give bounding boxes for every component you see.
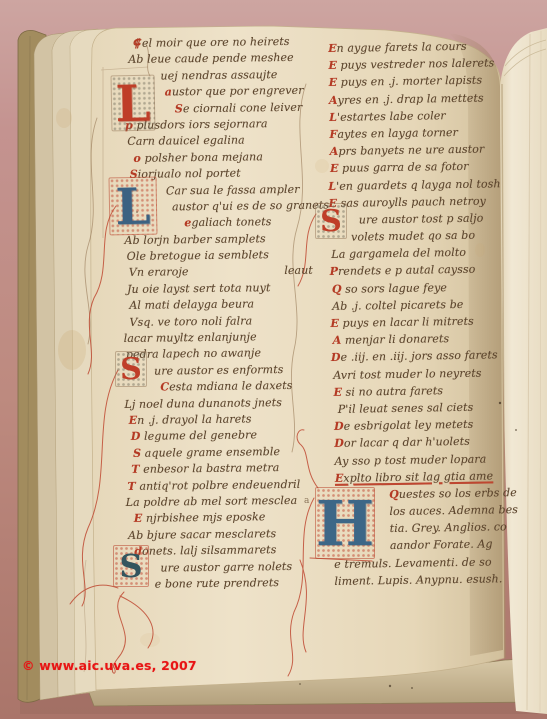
- decorated-initial-red-S: S: [314, 202, 348, 240]
- text-line: e bone rute prendrets: [155, 575, 319, 593]
- rubricated-capital: A: [333, 334, 342, 347]
- manuscript-photograph: ⸿el moir que ore no heiretsAb leue caude…: [0, 0, 547, 719]
- rubricated-capital: E: [330, 162, 339, 175]
- initial-glyph: S: [114, 350, 148, 388]
- rubricated-capital: P: [330, 265, 339, 278]
- rubricated-capital: E: [329, 76, 338, 89]
- decorated-initial-blue-L: L: [107, 176, 158, 237]
- text-line: ure austor es enformts: [154, 361, 316, 379]
- rubricated-capital: D: [334, 420, 344, 433]
- rubricated-capital: Q: [332, 282, 342, 295]
- initial-glyph: H: [314, 486, 376, 560]
- rubricated-capital: o: [133, 151, 141, 164]
- rubricated-capital: E: [328, 59, 337, 72]
- text-line: uej nendras assaujte: [160, 66, 312, 84]
- rubricated-capital: T: [131, 463, 139, 476]
- rubricated-capital: S: [175, 102, 183, 115]
- rubricated-capital: E: [330, 317, 339, 330]
- text-line: tia. Grey. Anglios. co: [390, 518, 522, 537]
- copyright-watermark: © www.aic.uva.es, 2007: [22, 658, 197, 673]
- rubricated-capital: e: [184, 216, 191, 229]
- text-line: ure austor garre nolets: [160, 558, 318, 576]
- rubricated-capital: D: [331, 351, 341, 364]
- rubricated-capital: D: [131, 430, 141, 443]
- rubricated-capital: a: [165, 86, 172, 99]
- rubricated-capital: T: [127, 479, 135, 492]
- initial-glyph: S: [314, 202, 348, 240]
- paragraph-mark: ⸿: [132, 37, 140, 50]
- rubricated-capital: Q: [389, 488, 399, 501]
- text-line: Cesta mdiana le daxets: [160, 378, 316, 396]
- rubricated-capital: A: [329, 93, 338, 106]
- initial-glyph: S: [112, 544, 150, 588]
- offset-line-fragment: leaut: [284, 263, 313, 280]
- text-line: aandor Forate. Ag: [390, 535, 522, 554]
- text-line: Car sua le fassa ampler: [166, 181, 314, 199]
- rubricated-capital: E: [333, 386, 342, 399]
- rubricated-capital: E: [129, 414, 138, 427]
- rubricated-capital: A: [330, 145, 339, 158]
- rubricated-capital: F: [329, 128, 337, 141]
- rubricated-capital: L: [328, 179, 336, 192]
- text-line: los auces. Ademna bes: [389, 501, 521, 520]
- rubricated-capital: L: [329, 111, 337, 124]
- decorated-initial-blue-S: S: [112, 544, 150, 588]
- decorated-initial-red-S: S: [114, 350, 148, 388]
- initial-glyph: L: [107, 176, 158, 237]
- text-line: egaliach tonets: [184, 214, 314, 232]
- decorated-initial-blue-H: H: [314, 486, 376, 560]
- rubricated-capital: E: [328, 42, 337, 55]
- guide-letter: a: [304, 496, 309, 506]
- initial-glyph: L: [109, 74, 156, 133]
- rubricated-capital: C: [160, 381, 169, 394]
- text-line: Questes so los erbs de: [389, 484, 521, 503]
- text-line: Se ciornali cone leiver: [175, 99, 313, 117]
- text-line: austor q'ui es de so granets: [172, 198, 314, 216]
- rubricated-capital: E: [335, 471, 344, 484]
- decorated-initial-red-L: L: [109, 74, 156, 133]
- rubricated-capital: E: [134, 512, 143, 525]
- text-line: austor que por engrever: [165, 83, 313, 101]
- text-line: liment. Lupis. Anypnu. esush.: [334, 570, 522, 590]
- rubricated-capital: D: [334, 437, 344, 450]
- rubricated-capital: S: [133, 447, 141, 460]
